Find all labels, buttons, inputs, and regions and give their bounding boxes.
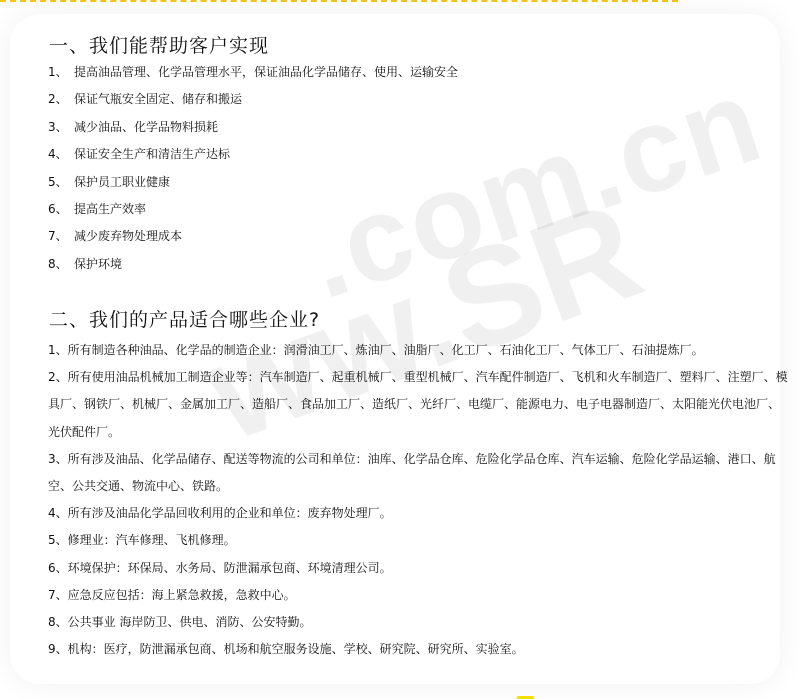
item-text: 所有涉及油品、化学品储存、配送等物流的公司和单位：油库、化学品仓库、危险化学品仓…: [48, 452, 776, 493]
item-number: 2、: [48, 364, 68, 391]
section-title-industries: 二、我们的产品适合哪些企业?: [49, 305, 320, 332]
list-item: 9、机构：医疗，防泄漏承包商、机场和航空服务设施、学校、研究院、研究所、实验室。: [48, 636, 788, 663]
item-number: 5、: [48, 173, 74, 191]
item-text: 环境保护：环保局、水务局、防泄漏承包商、环境清理公司。: [68, 561, 392, 575]
item-number: 6、: [48, 200, 74, 218]
item-number: 1、: [48, 63, 74, 81]
benefits-list: 1、提高油品管理、化学品管理水平，保证油品化学品储存、使用、运输安全 2、保证气…: [48, 63, 458, 282]
list-item: 4、所有涉及油品化学品回收利用的企业和单位：废弃物处理厂。: [48, 500, 788, 527]
item-text: 公共事业 海岸防卫、供电、消防、公安特勤。: [68, 615, 312, 629]
item-text: 保证气瓶安全固定、储存和搬运: [74, 92, 242, 106]
item-number: 3、: [48, 118, 74, 136]
item-number: 6、: [48, 555, 68, 582]
list-item: 5、修理业：汽车修理、飞机修理。: [48, 527, 788, 554]
item-number: 4、: [48, 500, 68, 527]
list-item: 1、所有制造各种油品、化学品的制造企业：润滑油工厂、炼油厂、油脂厂、化工厂、石油…: [48, 337, 788, 364]
list-item: 2、所有使用油品机械加工制造企业等：汽车制造厂、起重机械厂、重型机械厂、汽车配件…: [48, 364, 788, 446]
list-item: 7、应急反应包括：海上紧急救援，急救中心。: [48, 582, 788, 609]
item-number: 1、: [48, 337, 68, 364]
list-item: 5、保护员工职业健康: [48, 173, 458, 200]
list-item: 8、公共事业 海岸防卫、供电、消防、公安特勤。: [48, 609, 788, 636]
item-text: 保护环境: [74, 257, 122, 271]
item-number: 9、: [48, 636, 68, 663]
list-item: 6、提高生产效率: [48, 200, 458, 227]
list-item: 6、环境保护：环保局、水务局、防泄漏承包商、环境清理公司。: [48, 555, 788, 582]
industries-list: 1、所有制造各种油品、化学品的制造企业：润滑油工厂、炼油厂、油脂厂、化工厂、石油…: [48, 337, 788, 663]
item-text: 提高生产效率: [74, 202, 146, 216]
item-text: 所有制造各种油品、化学品的制造企业：润滑油工厂、炼油厂、油脂厂、化工厂、石油化工…: [68, 343, 704, 357]
item-number: 7、: [48, 227, 74, 245]
item-text: 修理业：汽车修理、飞机修理。: [68, 533, 236, 547]
item-number: 5、: [48, 527, 68, 554]
item-text: 保证安全生产和清洁生产达标: [74, 147, 230, 161]
list-item: 4、保证安全生产和清洁生产达标: [48, 145, 458, 172]
item-text: 机构：医疗，防泄漏承包商、机场和航空服务设施、学校、研究院、研究所、实验室。: [68, 642, 524, 656]
list-item: 1、提高油品管理、化学品管理水平，保证油品化学品储存、使用、运输安全: [48, 63, 458, 90]
item-text: 所有使用油品机械加工制造企业等：汽车制造厂、起重机械厂、重型机械厂、汽车配件制造…: [48, 370, 788, 438]
list-item: 3、所有涉及油品、化学品储存、配送等物流的公司和单位：油库、化学品仓库、危险化学…: [48, 446, 788, 500]
section-title-benefits: 一、我们能帮助客户实现: [49, 31, 269, 58]
top-dashed-divider: [0, 0, 678, 2]
item-number: 4、: [48, 145, 74, 163]
item-number: 8、: [48, 609, 68, 636]
item-text: 减少油品、化学品物料损耗: [74, 120, 218, 134]
item-text: 应急反应包括：海上紧急救援，急救中心。: [68, 588, 296, 602]
item-number: 2、: [48, 90, 74, 108]
item-text: 减少废弃物处理成本: [74, 229, 182, 243]
item-number: 8、: [48, 255, 74, 273]
list-item: 3、减少油品、化学品物料损耗: [48, 118, 458, 145]
list-item: 2、保证气瓶安全固定、储存和搬运: [48, 90, 458, 117]
list-item: 8、保护环境: [48, 255, 458, 282]
item-text: 提高油品管理、化学品管理水平，保证油品化学品储存、使用、运输安全: [74, 65, 458, 79]
item-text: 所有涉及油品化学品回收利用的企业和单位：废弃物处理厂。: [68, 506, 392, 520]
item-number: 3、: [48, 446, 68, 473]
item-number: 7、: [48, 582, 68, 609]
item-text: 保护员工职业健康: [74, 175, 170, 189]
list-item: 7、减少废弃物处理成本: [48, 227, 458, 254]
